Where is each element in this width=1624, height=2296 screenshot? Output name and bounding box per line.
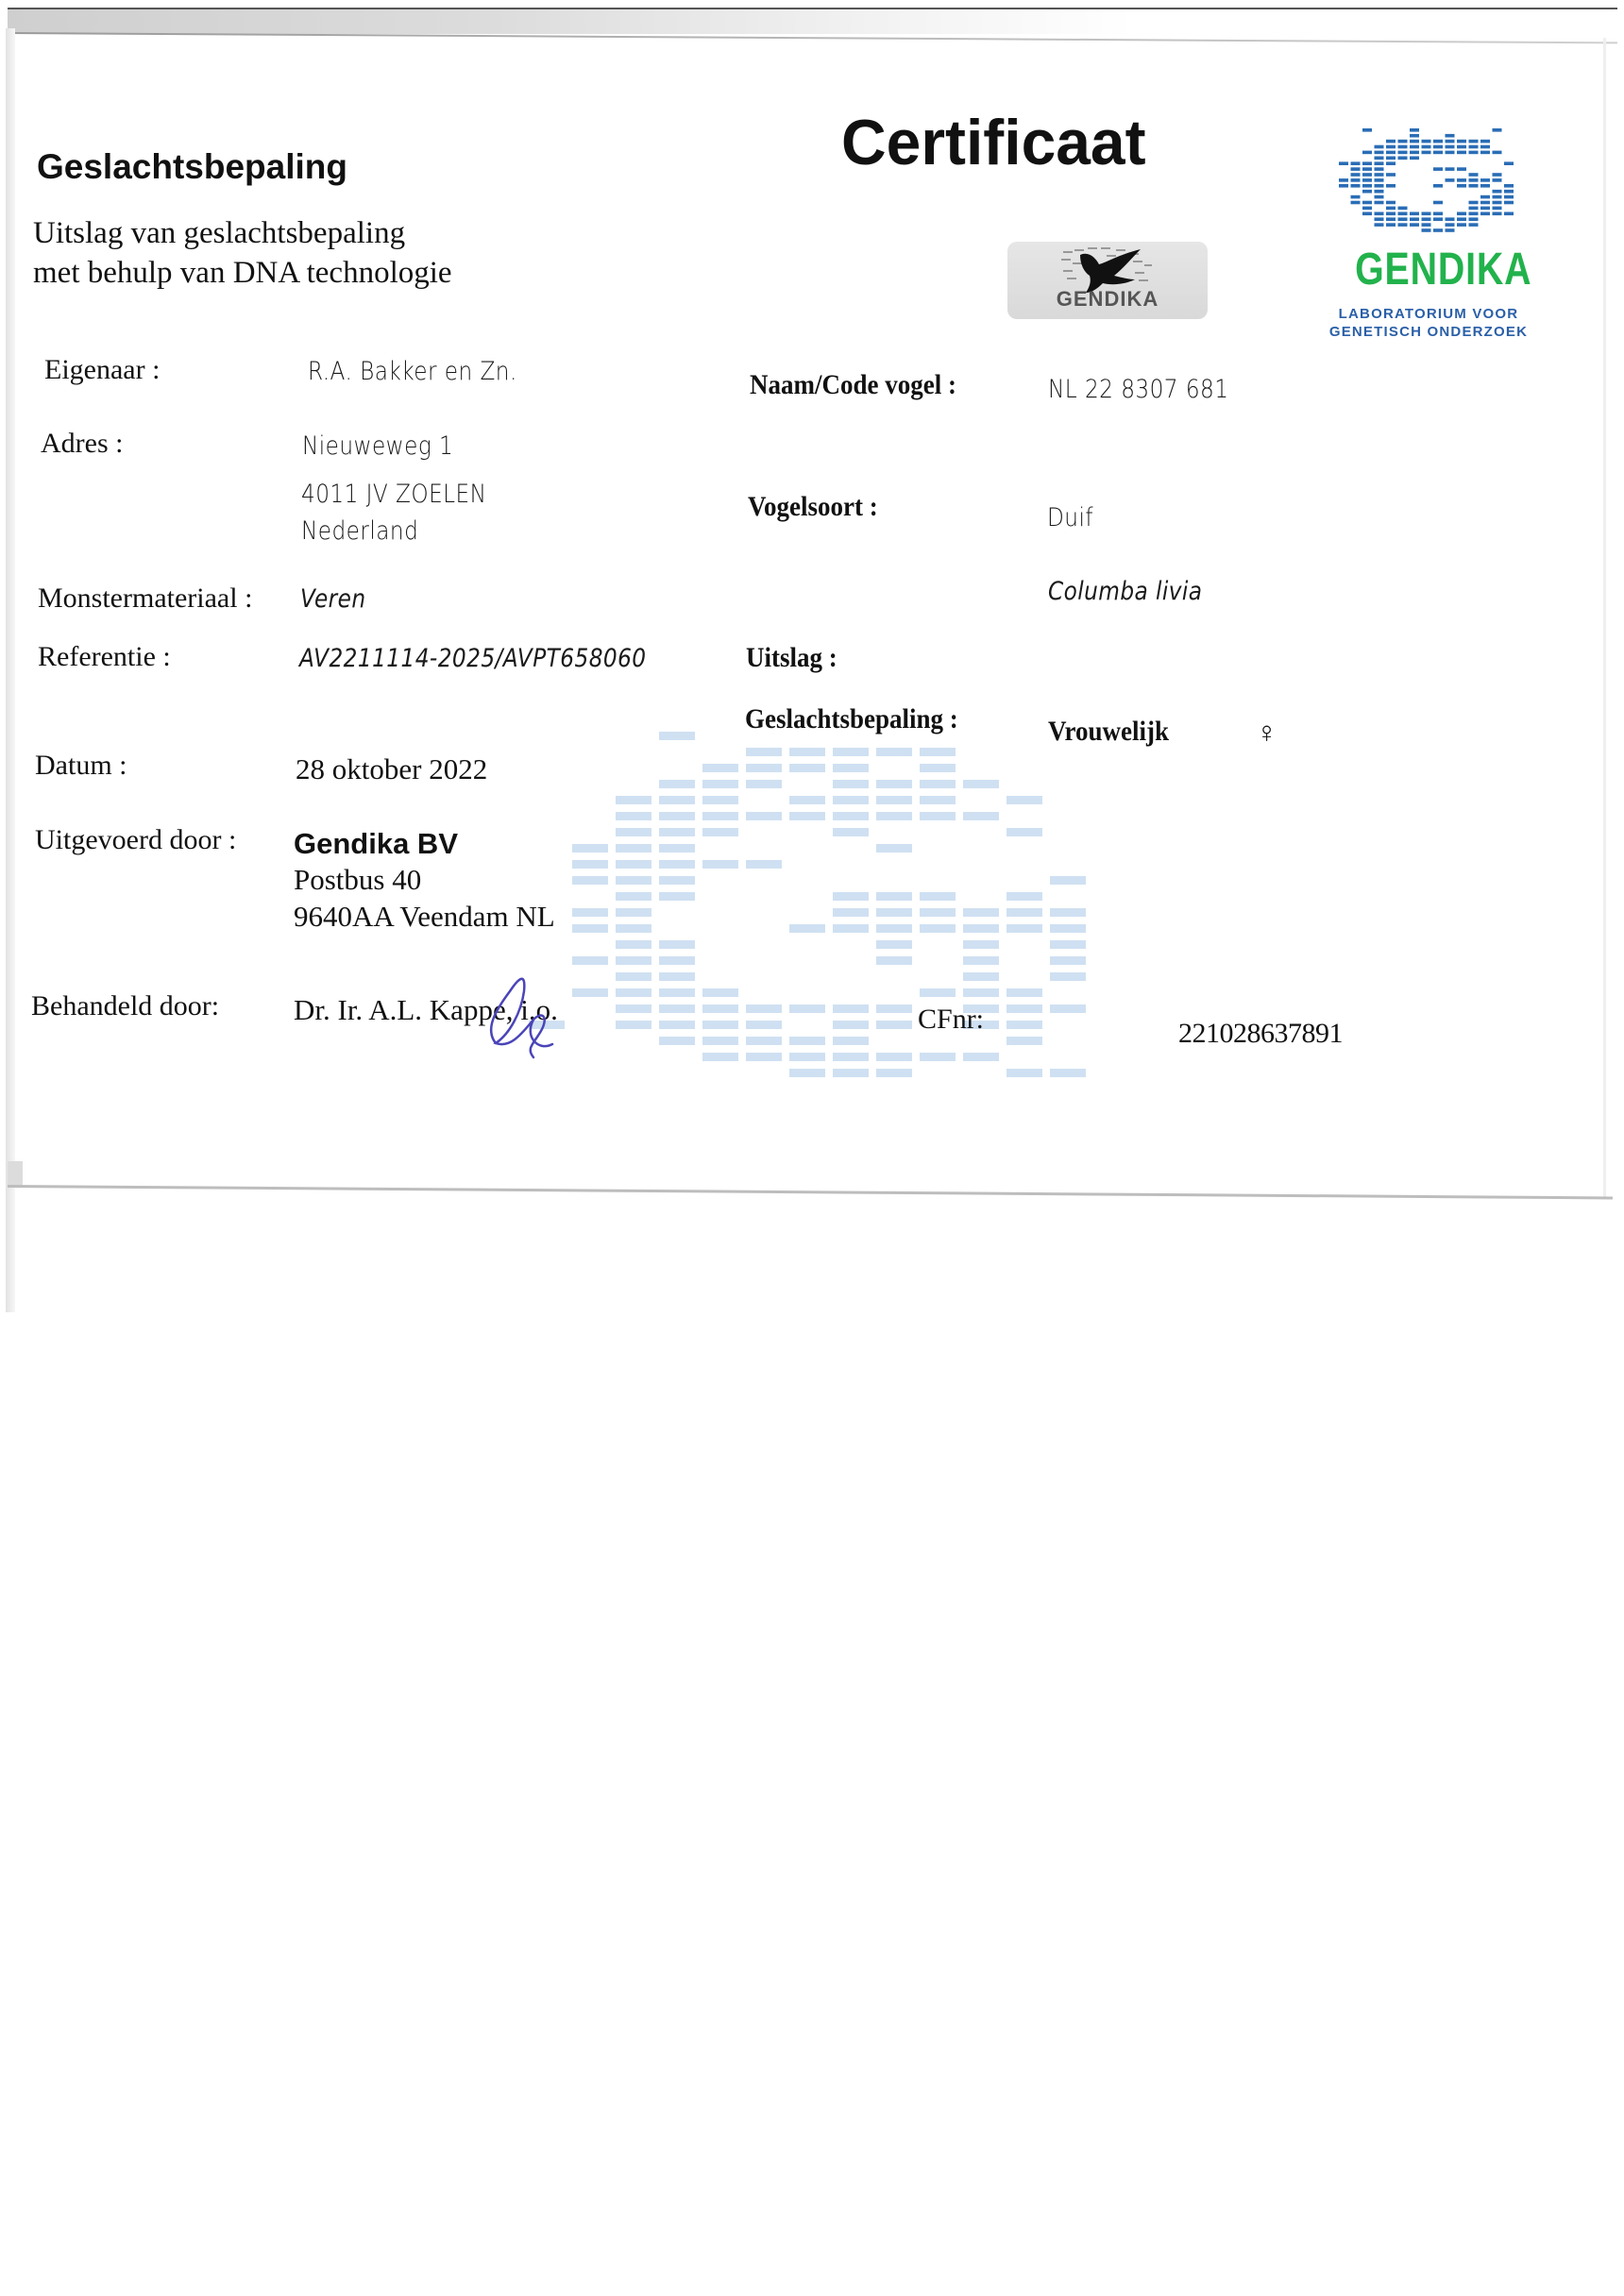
document-heading: Geslachtsbepaling: [37, 147, 347, 187]
date-label: Datum :: [35, 750, 127, 782]
dna-g-logo-icon: [1339, 128, 1518, 234]
bird-code-value: NL 22 8307 681: [1048, 375, 1228, 404]
sample-material-label: Monstermateriaal :: [38, 582, 252, 615]
certificate-corner-shade: [8, 1161, 23, 1188]
handled-by-label: Behandeld door:: [31, 990, 219, 1022]
scan-edge-top: [8, 8, 1617, 34]
reference-label: Referentie :: [38, 641, 171, 673]
logo-tagline-1: LABORATORIUM VOOR: [1320, 306, 1537, 322]
reference-value: AV2211114-2025/AVPT658060: [299, 644, 647, 673]
sex-value: Vrouwelijk: [1048, 716, 1169, 748]
logo-tagline-2: GENETISCH ONDERZOEK: [1320, 324, 1537, 340]
signature-icon: [467, 954, 581, 1067]
subtitle-line-2: met behulp van DNA technologie: [33, 253, 452, 293]
owner-label: Eigenaar :: [44, 354, 160, 386]
watermark-logo-icon: [529, 732, 1095, 1090]
sample-material-value: Veren: [300, 584, 366, 614]
logo-name: GENDIKA: [1355, 244, 1502, 295]
performed-by-line-2: 9640AA Veendam NL: [294, 900, 555, 934]
scan-edge-left: [6, 28, 15, 1312]
species-common: Duif: [1047, 503, 1093, 532]
result-label: Uitslag :: [746, 642, 837, 674]
address-line-3: Nederland: [301, 516, 418, 546]
sex-label: Geslachtsbepaling :: [745, 703, 958, 735]
address-line-2: 4011 JV ZOELEN: [301, 480, 486, 509]
date-value: 28 oktober 2022: [296, 752, 487, 786]
certificate-right-edge: [1603, 38, 1606, 1199]
bird-code-label: Naam/Code vogel :: [750, 369, 956, 401]
subtitle-line-1: Uitslag van geslachtsbepaling: [33, 213, 405, 253]
certificate-title: Certificaat: [841, 106, 1146, 179]
cf-number-label: CFnr:: [918, 1004, 984, 1036]
gendika-sticker: GENDIKA: [1007, 242, 1208, 319]
female-symbol-icon: ♀: [1256, 716, 1277, 750]
performed-by-line-1: Postbus 40: [294, 863, 421, 897]
address-line-1: Nieuweweg 1: [302, 431, 453, 461]
sticker-brand-text: GENDIKA: [1007, 287, 1208, 312]
certificate-bottom-edge: [8, 1185, 1613, 1199]
cf-number-value: 221028637891: [1178, 1018, 1343, 1050]
owner-value: R.A. Bakker en Zn.: [308, 357, 517, 386]
address-label: Adres :: [41, 428, 123, 460]
species-label: Vogelsoort :: [748, 491, 878, 523]
performed-by-company: Gendika BV: [294, 827, 458, 861]
performed-by-label: Uitgevoerd door :: [35, 824, 236, 856]
species-latin: Columba livia: [1048, 577, 1202, 606]
